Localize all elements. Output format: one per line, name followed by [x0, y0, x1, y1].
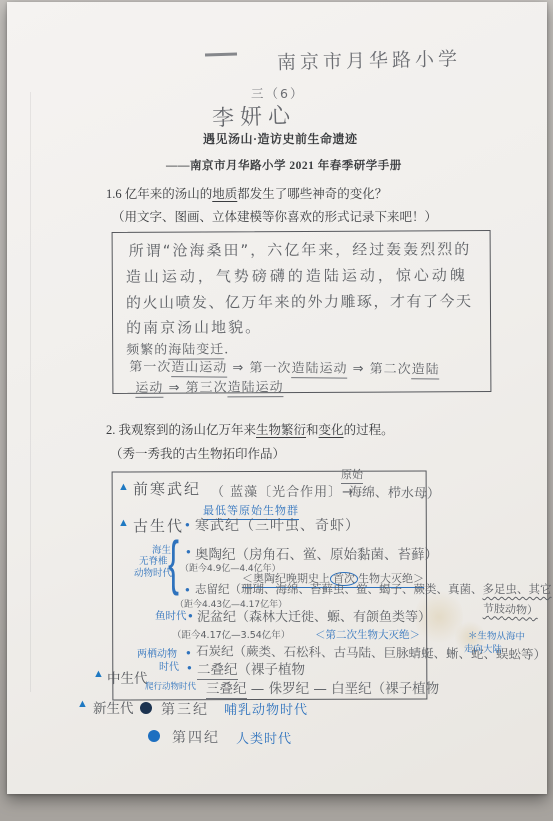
photographed-worksheet: 南京市月华路小学 三（6） 李妍心 遇见汤山·造访史前生命遗迹 ——南京市月华路…: [0, 0, 553, 821]
period-bullet-icon: ●: [188, 611, 193, 620]
era-marker-triangle-icon: ▲: [118, 481, 129, 493]
era-marker-triangle-icon: ▲: [93, 668, 104, 680]
paleozoic-side-note: 动物时代: [134, 565, 172, 579]
question1-hint: （用文字、图画、立体建模等你喜欢的形式记录下来吧！）: [112, 207, 437, 225]
era-marker-triangle-icon: ▲: [77, 698, 88, 710]
period-bullet-icon: ●: [185, 585, 190, 594]
answer-line: 第一次造山运动 ⇒ 第一次造陆运动 ⇒ 第二次造陆: [129, 356, 440, 378]
devonian-extinction-note: ＜第二次生物大灭绝＞: [315, 627, 420, 642]
question1-text: 1.6 亿年来的汤山的地质都发生了哪些神奇的变化？: [106, 184, 387, 202]
question2-post: 的过程。: [344, 423, 394, 437]
answer-seg: ⇒ 第三次: [163, 380, 227, 395]
answer-seg: ⇒ 第一次: [227, 361, 291, 377]
answer-line: 造山运动，气势磅礴的造陆运动，惊心动魄: [126, 264, 468, 287]
student-name: 李妍心: [211, 99, 296, 133]
period-silurian: 志留纪（珊瑚、海绵、苔藓虫、鲎、蝎子、蕨类、真菌、多足虫、其它: [195, 581, 552, 597]
mesozoic-blue-note: 爬行动物时代: [145, 680, 196, 692]
fish-era-label: 鱼时代: [155, 608, 187, 623]
period-ordovician: 奥陶纪（房角石、鲎、原始黏菌、苔藓）: [195, 543, 438, 563]
answer-seg-underlined: 运动: [135, 381, 163, 398]
period-bullet-dot-icon: [140, 702, 152, 714]
quaternary-blue-note: 人类时代: [236, 728, 292, 747]
answer-seg-underlined: 造陆运动: [228, 380, 284, 397]
answer-seg-underlined: 造陆运动: [291, 361, 347, 378]
paleozoic-brace: {: [168, 528, 179, 597]
triassic-underlined: 三叠纪: [206, 681, 247, 699]
tertiary-blue-note: 哺乳动物时代: [224, 699, 308, 718]
question1-pre: 1.6 亿年来的汤山的: [106, 187, 212, 201]
question1-underlined-term: 地质: [212, 187, 237, 201]
question2-mid: 和: [306, 423, 319, 437]
era-label-precambrian: 前寒武纪: [133, 478, 201, 499]
period-cambrian: 寒武纪（三叶虫、奇虾）: [195, 515, 360, 535]
silurian-items-wavy: 多足虫、其它: [483, 582, 552, 596]
mesozoic-periods: 三叠纪 — 侏罗纪 — 白垩纪（裸子植物: [206, 677, 439, 697]
answer-line: 的火山喷发、亿万年来的外力雕琢，才有了今天: [126, 290, 473, 313]
amphibian-era-label: 时代: [159, 658, 179, 673]
answer-seg-underlined: 造山运动: [171, 360, 227, 377]
silurian-items: 志留纪（珊瑚、海绵、苔藓虫、鲎、蝎子、蕨类、真菌、: [195, 582, 483, 596]
period-bullet-icon: ●: [186, 648, 191, 657]
period-tertiary: 第三纪: [161, 699, 209, 719]
doc-title: 遇见汤山·造访史前生命遗迹: [203, 130, 358, 147]
precambrian-detail2: 海绵、栉水母）: [349, 481, 440, 502]
paper-crease-line: [30, 92, 31, 692]
margin-note: 走向大陆: [464, 641, 502, 656]
mesozoic-periods-rest: — 侏罗纪 — 白垩纪（裸子植物: [247, 681, 440, 697]
question2-underlined-term1: 生物繁衍: [256, 423, 306, 437]
question2-hint: （秀一秀我的古生物拓印作品）: [110, 444, 285, 462]
answer1-box: 所谓“沧海桑田”，六亿年来，经过轰轰烈烈的 造山运动，气势磅礴的造陆运动，惊心动…: [112, 230, 492, 394]
period-devonian: 泥盆纪（森林大迁徙、螈、有颌鱼类等）: [197, 606, 431, 625]
answer-line: 运动 ⇒ 第三次造陆运动: [135, 376, 283, 396]
answer-line: 的南京汤山地貌。: [126, 316, 262, 338]
period-bullet-icon: ●: [187, 663, 192, 672]
era-label-mesozoic: 中生代: [107, 667, 148, 687]
answer-seg: ⇒ 第二次: [347, 362, 411, 378]
period-devonian-age: （距今4.17亿—3.54亿年）: [172, 627, 290, 641]
question1-post: 都发生了哪些神奇的变化？: [237, 187, 387, 201]
answer-seg: 第一次: [129, 360, 171, 375]
question2-underlined-term2: 变化: [319, 423, 344, 437]
answer-seg-underlined: 造陆: [412, 362, 440, 379]
silurian-items-continued: 节肢动物）: [483, 600, 539, 618]
period-permian: 二叠纪（裸子植物: [197, 658, 305, 678]
answer-line: 所谓“沧海桑田”，六亿年来，经过轰轰烈烈的: [129, 238, 472, 261]
permian-rest: （裸子植物: [238, 662, 306, 678]
era-marker-triangle-icon: ▲: [118, 517, 129, 529]
period-bullet-icon: ●: [185, 520, 190, 529]
era-label-cenozoic: 新生代: [93, 697, 134, 717]
question2-pre: 2. 我观察到的汤山亿万年来: [106, 423, 256, 437]
period-bullet-icon: ●: [186, 547, 191, 556]
question2-text: 2. 我观察到的汤山亿万年来生物繁衍和变化的过程。: [106, 420, 394, 438]
school-name: 南京市月华路小学: [277, 44, 462, 75]
doc-subtitle: ——南京市月华路小学 2021 年春季研学手册: [166, 157, 402, 173]
precambrian-detail: （ 蓝藻〔光合作用〕→: [211, 481, 354, 500]
answer-line5-end: ．: [224, 342, 238, 357]
period-quaternary: 第四纪: [172, 727, 220, 747]
period-bullet-dot-icon: [148, 730, 160, 742]
